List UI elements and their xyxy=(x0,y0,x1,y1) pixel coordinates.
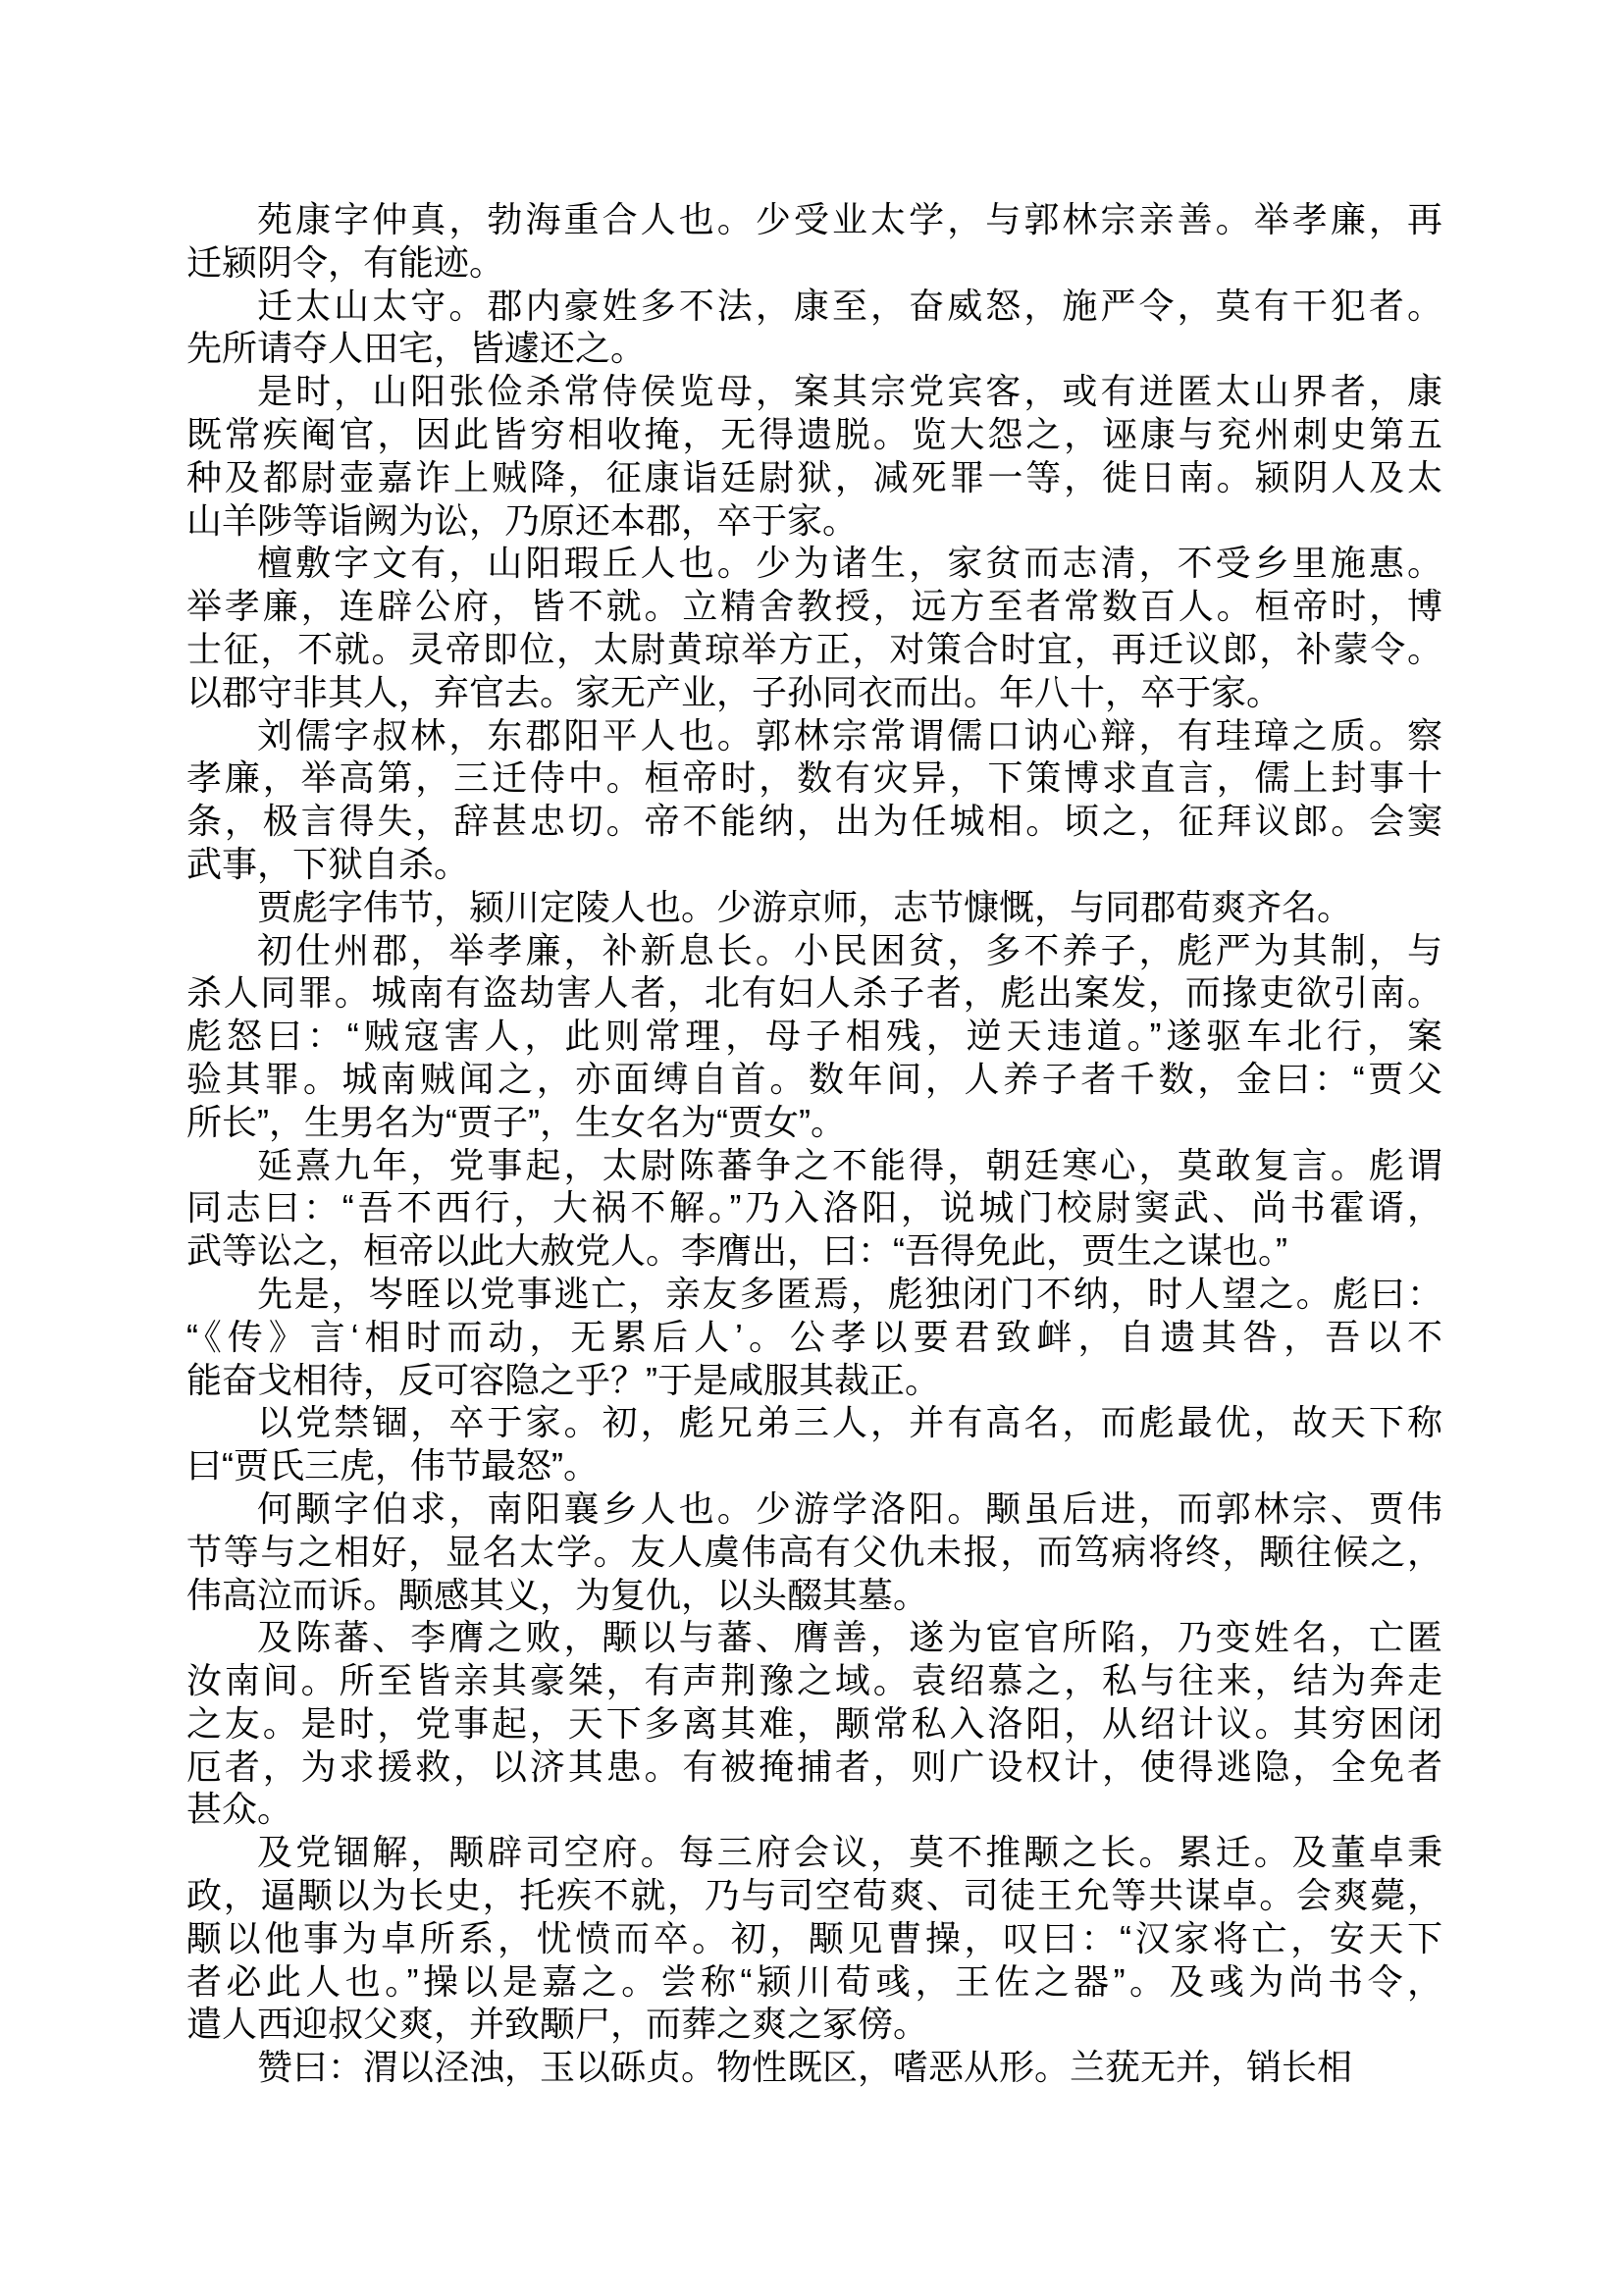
paragraph: 先是，岑晊以党事逃亡，亲友多匿焉，彪独闭门不纳，时人望之。彪曰：“《传》言‘相时… xyxy=(186,1273,1442,1401)
text-line: 以党禁锢，卒于家。初，彪兄弟三人，并有高名，而彪最优，故天下称 xyxy=(186,1401,1442,1444)
paragraph: 赞曰：渭以泾浊，玉以砾贞。物性既区，嗜恶从形。兰莸无并，销长相 xyxy=(186,2046,1442,2089)
text-line: 曰“贾氏三虎，伟节最怒”。 xyxy=(186,1444,1442,1487)
paragraph: 贾彪字伟节，颍川定陵人也。少游京师，志节慷慨，与同郡荀爽齐名。 xyxy=(186,886,1442,929)
paragraph: 是时，山阳张俭杀常侍侯览母，案其宗党宾客，或有迸匿太山界者，康既常疾阉官，因此皆… xyxy=(186,370,1442,542)
document-text-block: 苑康字仲真，勃海重合人也。少受业太学，与郭林宗亲善。举孝廉，再迁颍阴令，有能迹。… xyxy=(186,198,1442,2089)
text-line: 赞曰：渭以泾浊，玉以砾贞。物性既区，嗜恶从形。兰莸无并，销长相 xyxy=(186,2046,1442,2089)
text-line: 檀敷字文有，山阳瑕丘人也。少为诸生，家贫而志清，不受乡里施惠。 xyxy=(186,542,1442,585)
paragraph: 檀敷字文有，山阳瑕丘人也。少为诸生，家贫而志清，不受乡里施惠。举孝廉，连辟公府，… xyxy=(186,542,1442,713)
text-line: 及陈蕃、李膺之败，颙以与蕃、膺善，遂为宦官所陷，乃变姓名，亡匿 xyxy=(186,1616,1442,1659)
text-line: 汝南间。所至皆亲其豪桀，有声荆豫之域。袁绍慕之，私与往来，结为奔走 xyxy=(186,1659,1442,1702)
text-line: 武等讼之，桓帝以此大赦党人。李膺出，曰：“吾得免此，贾生之谋也。” xyxy=(186,1229,1442,1273)
text-line: 山羊陟等诣阙为讼，乃原还本郡，卒于家。 xyxy=(186,499,1442,543)
text-line: 先是，岑晊以党事逃亡，亲友多匿焉，彪独闭门不纳，时人望之。彪曰： xyxy=(186,1273,1442,1316)
text-line: 能奋戈相待，反可容隐之乎？”于是咸服其裁正。 xyxy=(186,1359,1442,1402)
text-line: 既常疾阉官，因此皆穷相收掩，无得遗脱。览大怨之，诬康与兖州刺史第五 xyxy=(186,413,1442,456)
paragraph: 以党禁锢，卒于家。初，彪兄弟三人，并有高名，而彪最优，故天下称曰“贾氏三虎，伟节… xyxy=(186,1401,1442,1487)
text-line: 苑康字仲真，勃海重合人也。少受业太学，与郭林宗亲善。举孝廉，再 xyxy=(186,198,1442,241)
text-line: 延熹九年，党事起，太尉陈蕃争之不能得，朝廷寒心，莫敢复言。彪谓 xyxy=(186,1144,1442,1187)
text-line: 甚众。 xyxy=(186,1788,1442,1831)
text-line: 士征，不就。灵帝即位，太尉黄琼举方正，对策合时宜，再迁议郎，补蒙令。 xyxy=(186,628,1442,671)
text-line: 之友。是时，党事起，天下多离其难，颙常私入洛阳，从绍计议。其穷困闭 xyxy=(186,1702,1442,1746)
text-line: 武事，下狱自杀。 xyxy=(186,843,1442,886)
text-line: 同志曰：“吾不西行，大祸不解。”乃入洛阳，说城门校尉窦武、尚书霍谞， xyxy=(186,1186,1442,1229)
text-line: 是时，山阳张俭杀常侍侯览母，案其宗党宾客，或有迸匿太山界者，康 xyxy=(186,370,1442,413)
document-page: 苑康字仲真，勃海重合人也。少受业太学，与郭林宗亲善。举孝廉，再迁颍阴令，有能迹。… xyxy=(0,0,1624,2294)
text-line: 验其罪。城南贼闻之，亦面缚自首。数年间，人养子者千数，金曰：“贾父 xyxy=(186,1058,1442,1101)
text-line: 及党锢解，颙辟司空府。每三府会议，莫不推颙之长。累迁。及董卓秉 xyxy=(186,1831,1442,1874)
text-line: 节等与之相好，显名太学。友人虞伟高有父仇未报，而笃病将终，颙往候之， xyxy=(186,1531,1442,1574)
text-line: 条，极言得失，辞甚忠切。帝不能纳，出为任城相。顷之，征拜议郎。会窦 xyxy=(186,800,1442,843)
paragraph: 初仕州郡，举孝廉，补新息长。小民困贫，多不养子，彪严为其制，与杀人同罪。城南有盗… xyxy=(186,929,1442,1144)
paragraph: 刘儒字叔林，东郡阳平人也。郭林宗常谓儒口讷心辩，有珪璋之质。察孝廉，举高第，三迁… xyxy=(186,714,1442,886)
text-line: “《传》言‘相时而动，无累后人’。公孝以要君致衅，自遗其咎，吾以不 xyxy=(186,1316,1442,1359)
text-line: 孝廉，举高第，三迁侍中。桓帝时，数有灾异，下策博求直言，儒上封事十 xyxy=(186,756,1442,800)
paragraph: 迁太山太守。郡内豪姓多不法，康至，奋威怒，施严令，莫有干犯者。先所请夺人田宅，皆… xyxy=(186,285,1442,371)
text-line: 颙以他事为卓所系，忧愤而卒。初，颙见曹操，叹曰：“汉家将亡，安天下 xyxy=(186,1917,1442,1960)
text-line: 种及都尉壶嘉诈上贼降，征康诣廷尉狱，减死罪一等，徙日南。颍阴人及太 xyxy=(186,456,1442,499)
paragraph: 苑康字仲真，勃海重合人也。少受业太学，与郭林宗亲善。举孝廉，再迁颍阴令，有能迹。 xyxy=(186,198,1442,285)
text-line: 政，逼颙以为长史，托疾不就，乃与司空荀爽、司徒王允等共谋卓。会爽薨， xyxy=(186,1874,1442,1917)
text-line: 厄者，为求援救，以济其患。有被掩捕者，则广设权计，使得逃隐，全免者 xyxy=(186,1746,1442,1789)
paragraph: 延熹九年，党事起，太尉陈蕃争之不能得，朝廷寒心，莫敢复言。彪谓同志曰：“吾不西行… xyxy=(186,1144,1442,1273)
text-line: 先所请夺人田宅，皆遽还之。 xyxy=(186,327,1442,370)
paragraph: 及陈蕃、李膺之败，颙以与蕃、膺善，遂为宦官所陷，乃变姓名，亡匿汝南间。所至皆亲其… xyxy=(186,1616,1442,1831)
text-line: 刘儒字叔林，东郡阳平人也。郭林宗常谓儒口讷心辩，有珪璋之质。察 xyxy=(186,714,1442,757)
text-line: 伟高泣而诉。颙感其义，为复仇，以头醊其墓。 xyxy=(186,1574,1442,1617)
text-line: 贾彪字伟节，颍川定陵人也。少游京师，志节慷慨，与同郡荀爽齐名。 xyxy=(186,886,1442,929)
text-line: 以郡守非其人，弃官去。家无产业，子孙同衣而出。年八十，卒于家。 xyxy=(186,671,1442,714)
paragraph: 及党锢解，颙辟司空府。每三府会议，莫不推颙之长。累迁。及董卓秉政，逼颙以为长史，… xyxy=(186,1831,1442,2046)
text-line: 初仕州郡，举孝廉，补新息长。小民困贫，多不养子，彪严为其制，与 xyxy=(186,929,1442,972)
text-line: 彪怒曰：“贼寇害人，此则常理，母子相残，逆天违道。”遂驱车北行，案 xyxy=(186,1015,1442,1058)
text-line: 迁太山太守。郡内豪姓多不法，康至，奋威怒，施严令，莫有干犯者。 xyxy=(186,285,1442,328)
text-line: 迁颍阴令，有能迹。 xyxy=(186,241,1442,285)
paragraph: 何颙字伯求，南阳襄乡人也。少游学洛阳。颙虽后进，而郭林宗、贾伟节等与之相好，显名… xyxy=(186,1487,1442,1616)
text-line: 举孝廉，连辟公府，皆不就。立精舍教授，远方至者常数百人。桓帝时，博 xyxy=(186,585,1442,628)
text-line: 杀人同罪。城南有盗劫害人者，北有妇人杀子者，彪出案发，而掾吏欲引南。 xyxy=(186,971,1442,1015)
text-line: 所长”，生男名为“贾子”，生女名为“贾女”。 xyxy=(186,1101,1442,1144)
text-line: 者必此人也。”操以是嘉之。尝称“颍川荀彧，王佐之器”。及彧为尚书令， xyxy=(186,1960,1442,2004)
text-line: 遣人西迎叔父爽，并致颙尸，而葬之爽之冢傍。 xyxy=(186,2003,1442,2046)
text-line: 何颙字伯求，南阳襄乡人也。少游学洛阳。颙虽后进，而郭林宗、贾伟 xyxy=(186,1487,1442,1531)
